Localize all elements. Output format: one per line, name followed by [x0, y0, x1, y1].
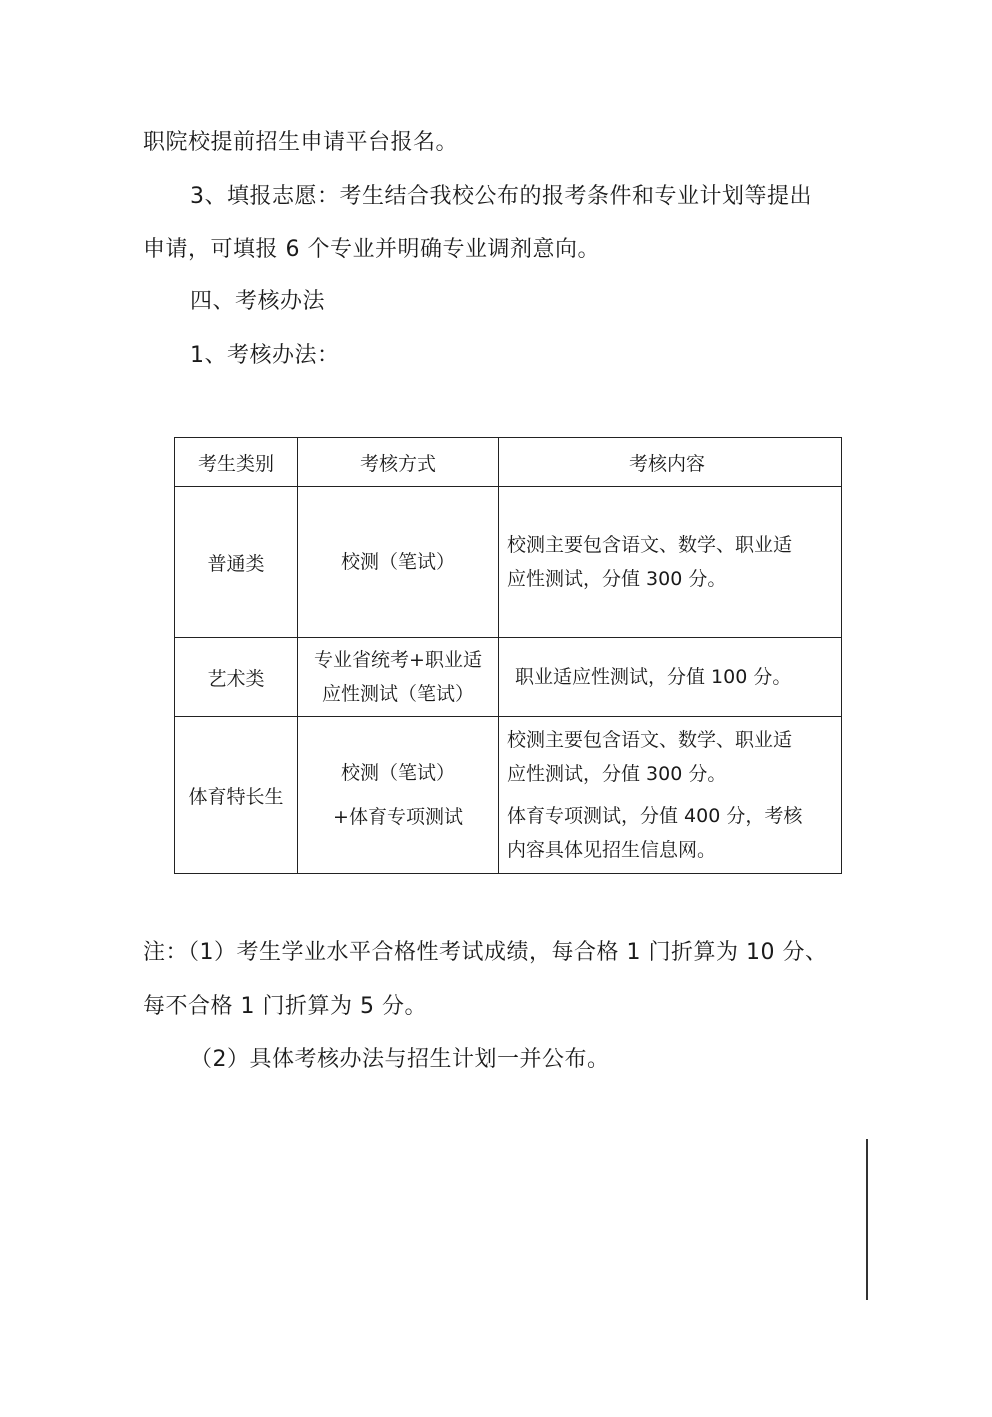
- note-2: （2）具体考核办法与招生计划一并公布。: [190, 1045, 610, 1075]
- row-content: 校测主要包含语文、数学、职业适 应性测试，分值 300 分。 体育专项测试，分值…: [499, 717, 842, 874]
- note-1-line2: 每不合格 1 门折算为 5 分。: [143, 992, 427, 1022]
- row-method: 校测（笔试） +体育专项测试: [298, 717, 499, 874]
- note-1-line1: 注：（1）考生学业水平合格性考试成绩，每合格 1 门折算为 10 分、: [143, 938, 827, 968]
- row-content: 职业适应性测试，分值 100 分。: [499, 638, 842, 717]
- row-method: 专业省统考+职业适 应性测试（笔试）: [298, 638, 499, 717]
- row-category: 艺术类: [175, 638, 298, 717]
- header-method: 考核方式: [298, 438, 499, 487]
- row-content: 校测主要包含语文、数学、职业适 应性测试，分值 300 分。: [499, 487, 842, 638]
- subsection-heading-assessment-method: 1、考核办法：: [190, 341, 340, 371]
- row-method: 校测（笔试）: [298, 487, 499, 638]
- row-category: 普通类: [175, 487, 298, 638]
- page-margin-line: [866, 1139, 868, 1300]
- paragraph-registration-end: 职院校提前招生申请平台报名。: [143, 128, 458, 158]
- header-content: 考核内容: [499, 438, 842, 487]
- table-row: 普通类 校测（笔试） 校测主要包含语文、数学、职业适 应性测试，分值 300 分…: [175, 487, 842, 638]
- section-heading-assessment: 四、考核办法: [190, 287, 325, 317]
- table-header-row: 考生类别 考核方式 考核内容: [175, 438, 842, 487]
- assessment-table: 考生类别 考核方式 考核内容 普通类 校测（笔试） 校测主要包含语文、数学、职业…: [174, 437, 842, 874]
- paragraph-fill-preferences-line1: 3、填报志愿：考生结合我校公布的报考条件和专业计划等提出: [190, 182, 812, 212]
- header-category: 考生类别: [175, 438, 298, 487]
- paragraph-fill-preferences-line2: 申请，可填报 6 个专业并明确专业调剂意向。: [143, 235, 600, 265]
- table-row: 体育特长生 校测（笔试） +体育专项测试 校测主要包含语文、数学、职业适 应性测…: [175, 717, 842, 874]
- table-row: 艺术类 专业省统考+职业适 应性测试（笔试） 职业适应性测试，分值 100 分。: [175, 638, 842, 717]
- row-category: 体育特长生: [175, 717, 298, 874]
